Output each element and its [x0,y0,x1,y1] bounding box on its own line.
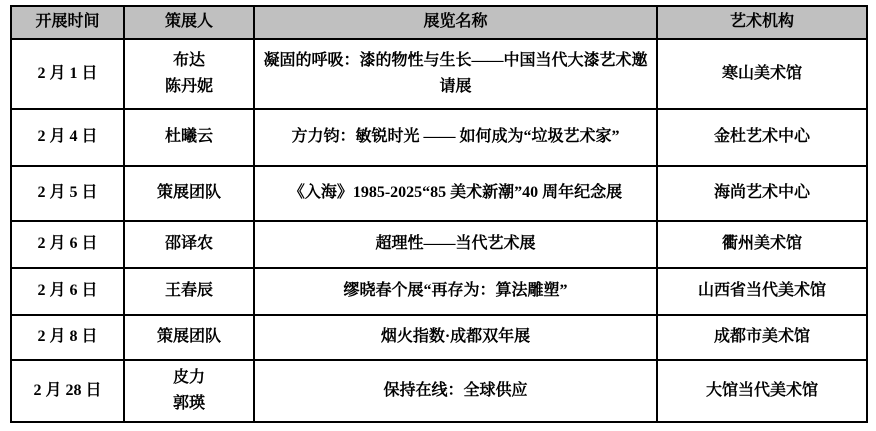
table-row: 2 月 4 日 杜曦云 方力钧：敏锐时光 —— 如何成为“垃圾艺术家” 金杜艺术… [11,109,867,166]
institution-cell: 寒山美术馆 [657,39,867,109]
table-row: 2 月 8 日 策展团队 烟火指数·成都双年展 成都市美术馆 [11,315,867,360]
curator-cell: 策展团队 [124,166,254,221]
exhibition-cell: 超理性——当代艺术展 [254,221,657,268]
exhibition-cell: 保持在线：全球供应 [254,360,657,422]
exhibition-cell: 缪晓春个展“再存为：算法雕塑” [254,268,657,315]
date-cell: 2 月 5 日 [11,166,124,221]
date-cell: 2 月 28 日 [11,360,124,422]
curator-cell: 布达 陈丹妮 [124,39,254,109]
curator-cell: 邵译农 [124,221,254,268]
institution-cell: 海尚艺术中心 [657,166,867,221]
header-art-institution: 艺术机构 [657,6,867,39]
institution-cell: 山西省当代美术馆 [657,268,867,315]
document-page: 开展时间 策展人 展览名称 艺术机构 2 月 1 日 布达 陈丹妮 凝固的呼吸：… [0,0,876,431]
curator-cell: 策展团队 [124,315,254,360]
header-row: 开展时间 策展人 展览名称 艺术机构 [11,6,867,39]
institution-cell: 成都市美术馆 [657,315,867,360]
table-row: 2 月 28 日 皮力 郭瑛 保持在线：全球供应 大馆当代美术馆 [11,360,867,422]
exhibition-cell: 《入海》1985-2025“85 美术新潮”40 周年纪念展 [254,166,657,221]
table-row: 2 月 5 日 策展团队 《入海》1985-2025“85 美术新潮”40 周年… [11,166,867,221]
curator-cell: 王春辰 [124,268,254,315]
exhibition-schedule-table: 开展时间 策展人 展览名称 艺术机构 2 月 1 日 布达 陈丹妮 凝固的呼吸：… [10,5,868,423]
date-cell: 2 月 4 日 [11,109,124,166]
exhibition-cell: 方力钧：敏锐时光 —— 如何成为“垃圾艺术家” [254,109,657,166]
date-cell: 2 月 1 日 [11,39,124,109]
institution-cell: 大馆当代美术馆 [657,360,867,422]
table-row: 2 月 6 日 王春辰 缪晓春个展“再存为：算法雕塑” 山西省当代美术馆 [11,268,867,315]
date-cell: 2 月 6 日 [11,221,124,268]
exhibition-cell: 烟火指数·成都双年展 [254,315,657,360]
header-curator: 策展人 [124,6,254,39]
date-cell: 2 月 8 日 [11,315,124,360]
table-header: 开展时间 策展人 展览名称 艺术机构 [11,6,867,39]
header-opening-date: 开展时间 [11,6,124,39]
institution-cell: 衢州美术馆 [657,221,867,268]
exhibition-cell: 凝固的呼吸：漆的物性与生长——中国当代大漆艺术邀请展 [254,39,657,109]
header-exhibition-name: 展览名称 [254,6,657,39]
table-body: 2 月 1 日 布达 陈丹妮 凝固的呼吸：漆的物性与生长——中国当代大漆艺术邀请… [11,39,867,422]
curator-cell: 皮力 郭瑛 [124,360,254,422]
table-row: 2 月 1 日 布达 陈丹妮 凝固的呼吸：漆的物性与生长——中国当代大漆艺术邀请… [11,39,867,109]
institution-cell: 金杜艺术中心 [657,109,867,166]
date-cell: 2 月 6 日 [11,268,124,315]
table-row: 2 月 6 日 邵译农 超理性——当代艺术展 衢州美术馆 [11,221,867,268]
curator-cell: 杜曦云 [124,109,254,166]
